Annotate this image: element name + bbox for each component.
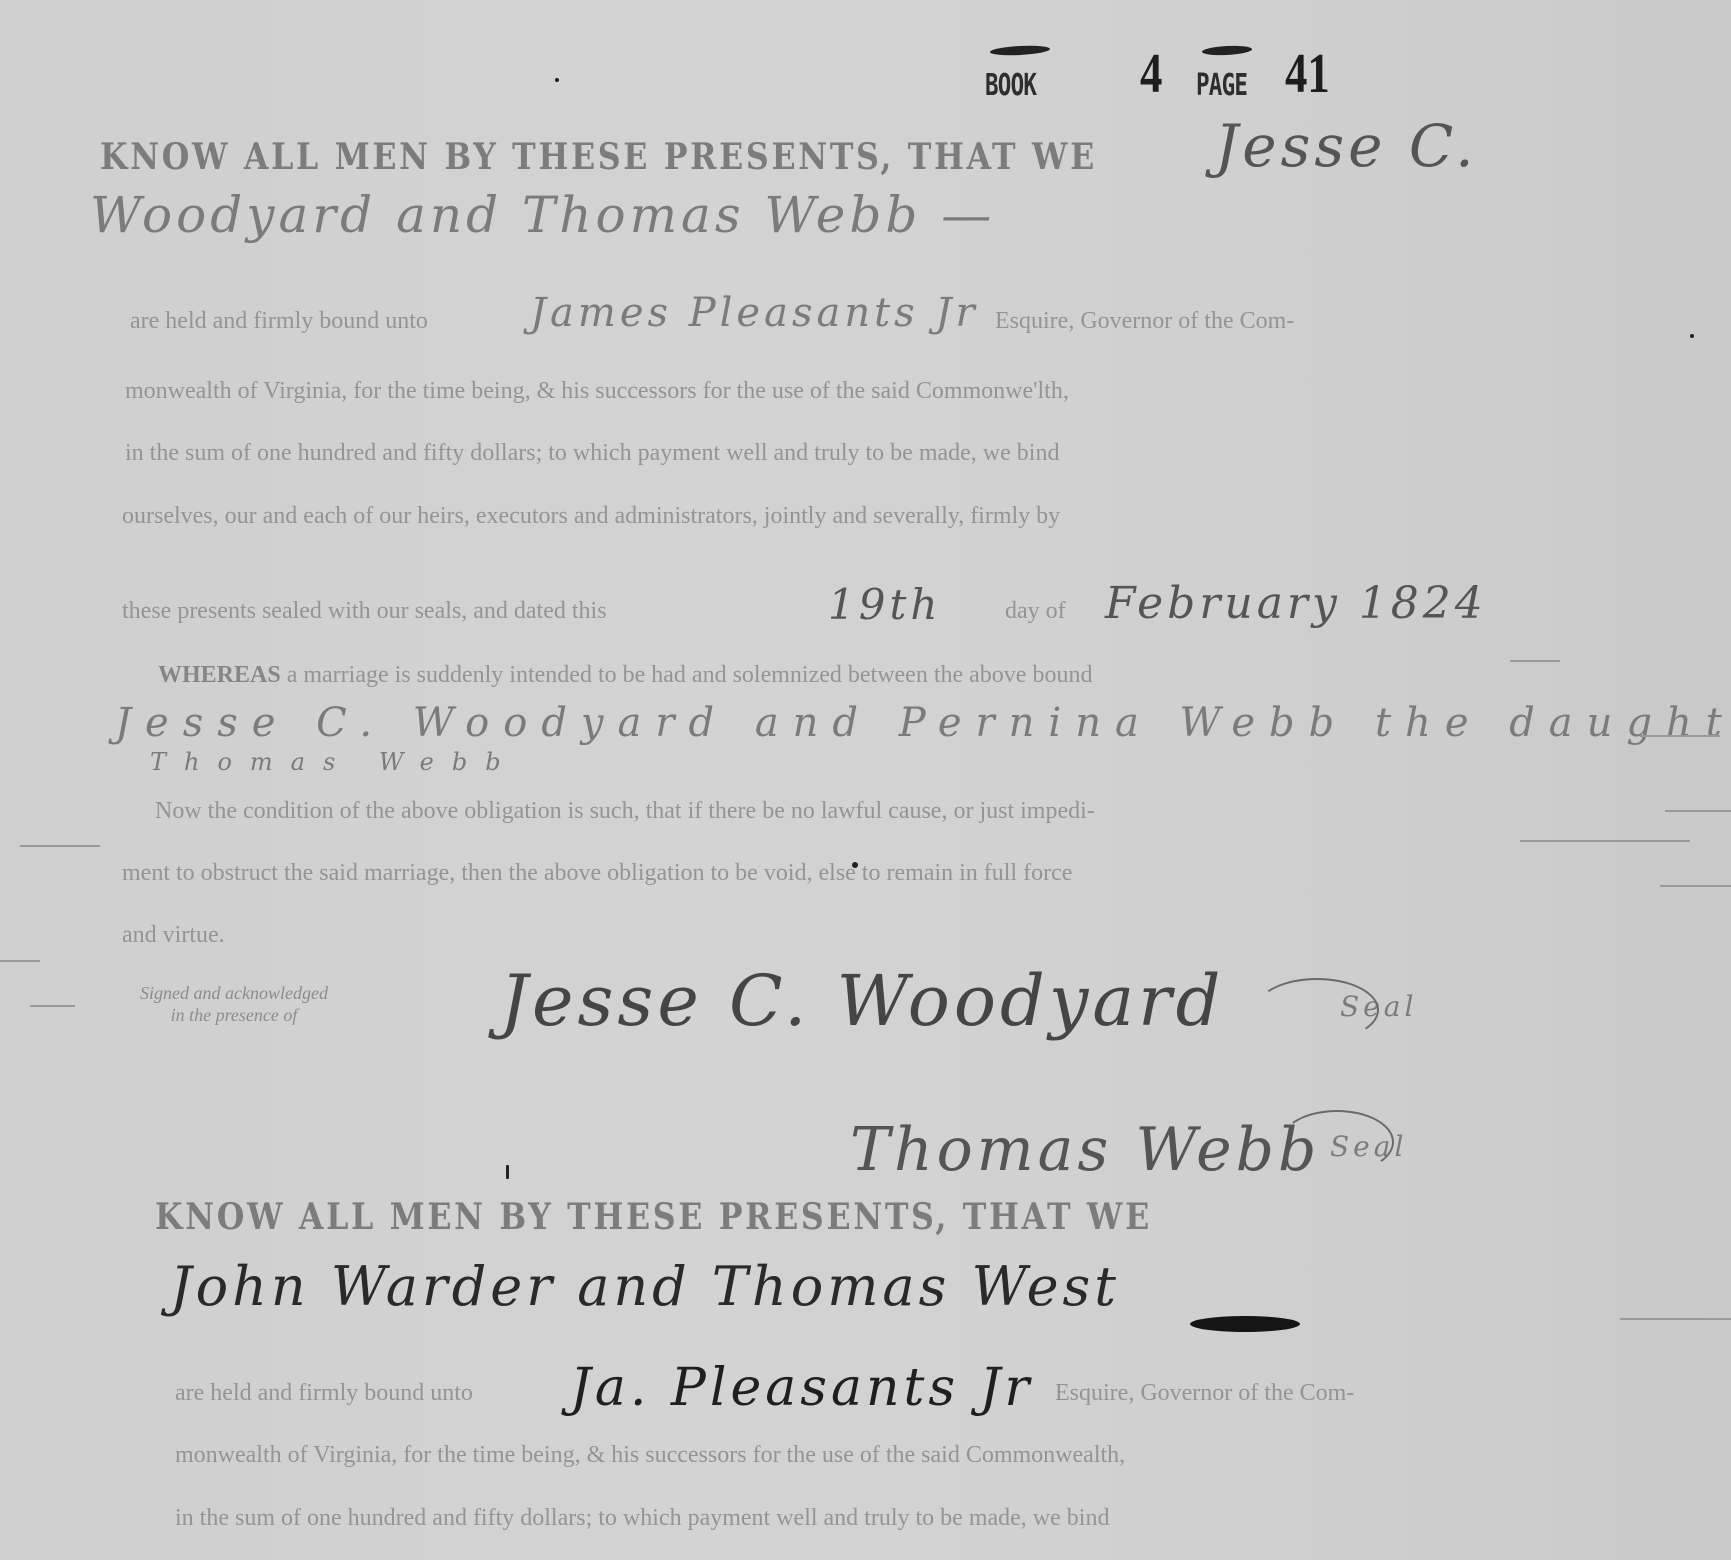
witness-label-line2: in the presence of — [140, 1004, 328, 1026]
stamp-ink-blot — [1202, 45, 1252, 57]
bond1-principal-handwritten: Jesse C. — [1215, 112, 1478, 180]
book-number: 4 — [1140, 42, 1162, 106]
seal-flourish-1 — [1255, 978, 1379, 1042]
signature-thomas-webb: Thomas Webb — [850, 1115, 1320, 1185]
whereas-label: WHEREAS — [158, 662, 281, 688]
ink-speck — [1690, 334, 1694, 338]
witness-label: Signed and acknowledged in the presence … — [140, 982, 328, 1026]
page-number: 41 — [1285, 42, 1330, 106]
bond1-sealed-line: these presents sealed with our seals, an… — [122, 598, 607, 625]
bond1-day-handwritten: 19th — [828, 580, 941, 629]
bond1-parties-handwritten: Jesse C. Woodyard and Pernina Webb the d… — [115, 700, 1731, 746]
margin-rule — [1520, 840, 1690, 842]
bond1-condition-line3: and virtue. — [122, 922, 225, 949]
margin-rule — [1510, 660, 1560, 662]
bond1-day-of-text: day of — [1005, 598, 1066, 625]
bond1-sum-line: in the sum of one hundred and fifty doll… — [125, 440, 1059, 467]
bond1-heirs-line: ourselves, our and each of our heirs, ex… — [122, 503, 1060, 530]
margin-rule — [20, 845, 100, 847]
bond2-sum-line: in the sum of one hundred and fifty doll… — [175, 1505, 1109, 1532]
margin-rule — [30, 1005, 75, 1007]
bond2-governor-handwritten: Ja. Pleasants Jr — [570, 1358, 1033, 1418]
whereas-text: a marriage is suddenly intended to be ha… — [287, 662, 1093, 688]
bond2-bound-unto-text: are held and firmly bound unto — [175, 1380, 473, 1407]
margin-rule — [0, 960, 40, 962]
ink-blot — [1190, 1316, 1300, 1332]
margin-rule — [1665, 810, 1731, 812]
witness-label-line1: Signed and acknowledged — [140, 982, 328, 1004]
page-label: PAGE — [1196, 68, 1247, 103]
bond1-parties-handwritten-line2: Thomas Webb — [150, 748, 519, 776]
bond2-governor-title: Esquire, Governor of the Com- — [1055, 1380, 1354, 1407]
bond1-condition-line2: ment to obstruct the said marriage, then… — [122, 860, 1072, 887]
bond2-principals-handwritten: John Warder and Thomas West — [170, 1255, 1120, 1318]
ink-speck — [506, 1165, 509, 1179]
bond1-condition-line1: Now the condition of the above obligatio… — [155, 798, 1095, 825]
ink-speck — [852, 862, 858, 868]
bond1-month-year-handwritten: February 1824 — [1105, 578, 1487, 629]
margin-rule — [1620, 1318, 1731, 1320]
bond1-whereas-line: WHEREAS a marriage is suddenly intended … — [158, 662, 1092, 689]
signature-jesse-woodyard: Jesse C. Woodyard — [500, 960, 1224, 1042]
scanned-document-page: BOOK 4 PAGE 41 KNOW ALL MEN BY THESE PRE… — [0, 0, 1731, 1560]
bond2-heading: KNOW ALL MEN BY THESE PRESENTS, THAT WE — [155, 1196, 1152, 1238]
bond1-governor-title: Esquire, Governor of the Com- — [995, 308, 1294, 335]
bond2-commonwealth-line: monwealth of Virginia, for the time bein… — [175, 1442, 1125, 1469]
bond1-commonwealth-line: monwealth of Virginia, for the time bein… — [125, 378, 1069, 405]
bond1-principals-handwritten: Woodyard and Thomas Webb — — [90, 186, 995, 244]
bond1-heading: KNOW ALL MEN BY THESE PRESENTS, THAT WE — [100, 136, 1097, 178]
bond1-bound-unto-text: are held and firmly bound unto — [130, 308, 428, 335]
stamp-ink-blot — [990, 44, 1050, 56]
seal-flourish-2 — [1280, 1110, 1394, 1174]
bond1-governor-handwritten: James Pleasants Jr — [530, 290, 979, 336]
margin-rule — [1640, 735, 1720, 737]
book-label: BOOK — [985, 68, 1036, 103]
margin-rule — [1660, 885, 1731, 887]
ink-speck — [555, 78, 559, 82]
